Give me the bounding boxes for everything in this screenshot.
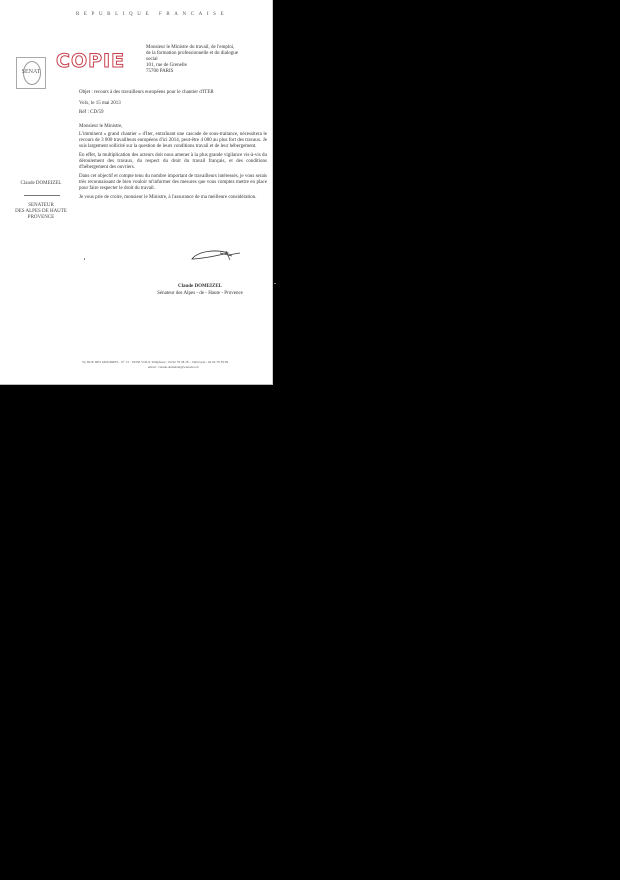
letter-page: REPUBLIQUE FRANCAISE SENAT COPIE Monsieu… <box>0 0 273 385</box>
handwritten-signature-icon <box>190 247 242 263</box>
letter-salutation: Monsieur le Ministre, <box>79 124 122 129</box>
recipient-line: de la formation professionnelle et du di… <box>146 51 238 57</box>
sidebar-divider <box>24 195 60 196</box>
sidebar-sender-title: SENATEUR DES ALPES DE HAUTE PROVENCE <box>0 203 82 221</box>
footer-email: email : claude.domeizel@wanadoo.fr <box>148 365 199 369</box>
sidebar-sender-name: Claude DOMEIZEL <box>0 181 82 186</box>
signature-title: Sénateur des Alpes - de - Haute - Proven… <box>140 291 260 296</box>
letter-paragraph: Je vous prie de croire, monsieur le Mini… <box>79 195 267 201</box>
footer-address: 52, RUE DES MOURRES - Nº 13 · 04350 VOLX… <box>82 360 228 364</box>
letter-place-date: Volx, le 15 mai 2013 <box>79 101 121 106</box>
scan-mark <box>84 258 85 260</box>
letter-subject: Objet : recours à des travailleurs europ… <box>79 90 214 95</box>
republique-francaise-header: REPUBLIQUE FRANCAISE <box>76 12 228 17</box>
senat-logo-icon: SENAT <box>16 57 46 89</box>
letter-reference: Réf : CD/59 <box>79 110 103 115</box>
letter-paragraph: En effet, la multiplication des acteurs … <box>79 153 267 171</box>
letter-paragraph: Dans cet objectif et compte tenu du nomb… <box>79 174 267 192</box>
copie-stamp: COPIE <box>56 50 125 72</box>
scan-mark <box>274 283 276 284</box>
letter-body: L'imminent « grand chantier » d'Iter, en… <box>79 132 267 204</box>
letter-paragraph: L'imminent « grand chantier » d'Iter, en… <box>79 132 267 150</box>
sidebar-title-line: PROVENCE <box>0 215 82 221</box>
recipient-address: Monsieur le Ministre du travail, de l'em… <box>146 45 238 75</box>
logo-text: SENAT <box>17 69 45 75</box>
signature-name: Claude DOMEIZEL <box>140 284 260 289</box>
recipient-line: 75700 PARIS <box>146 69 238 75</box>
